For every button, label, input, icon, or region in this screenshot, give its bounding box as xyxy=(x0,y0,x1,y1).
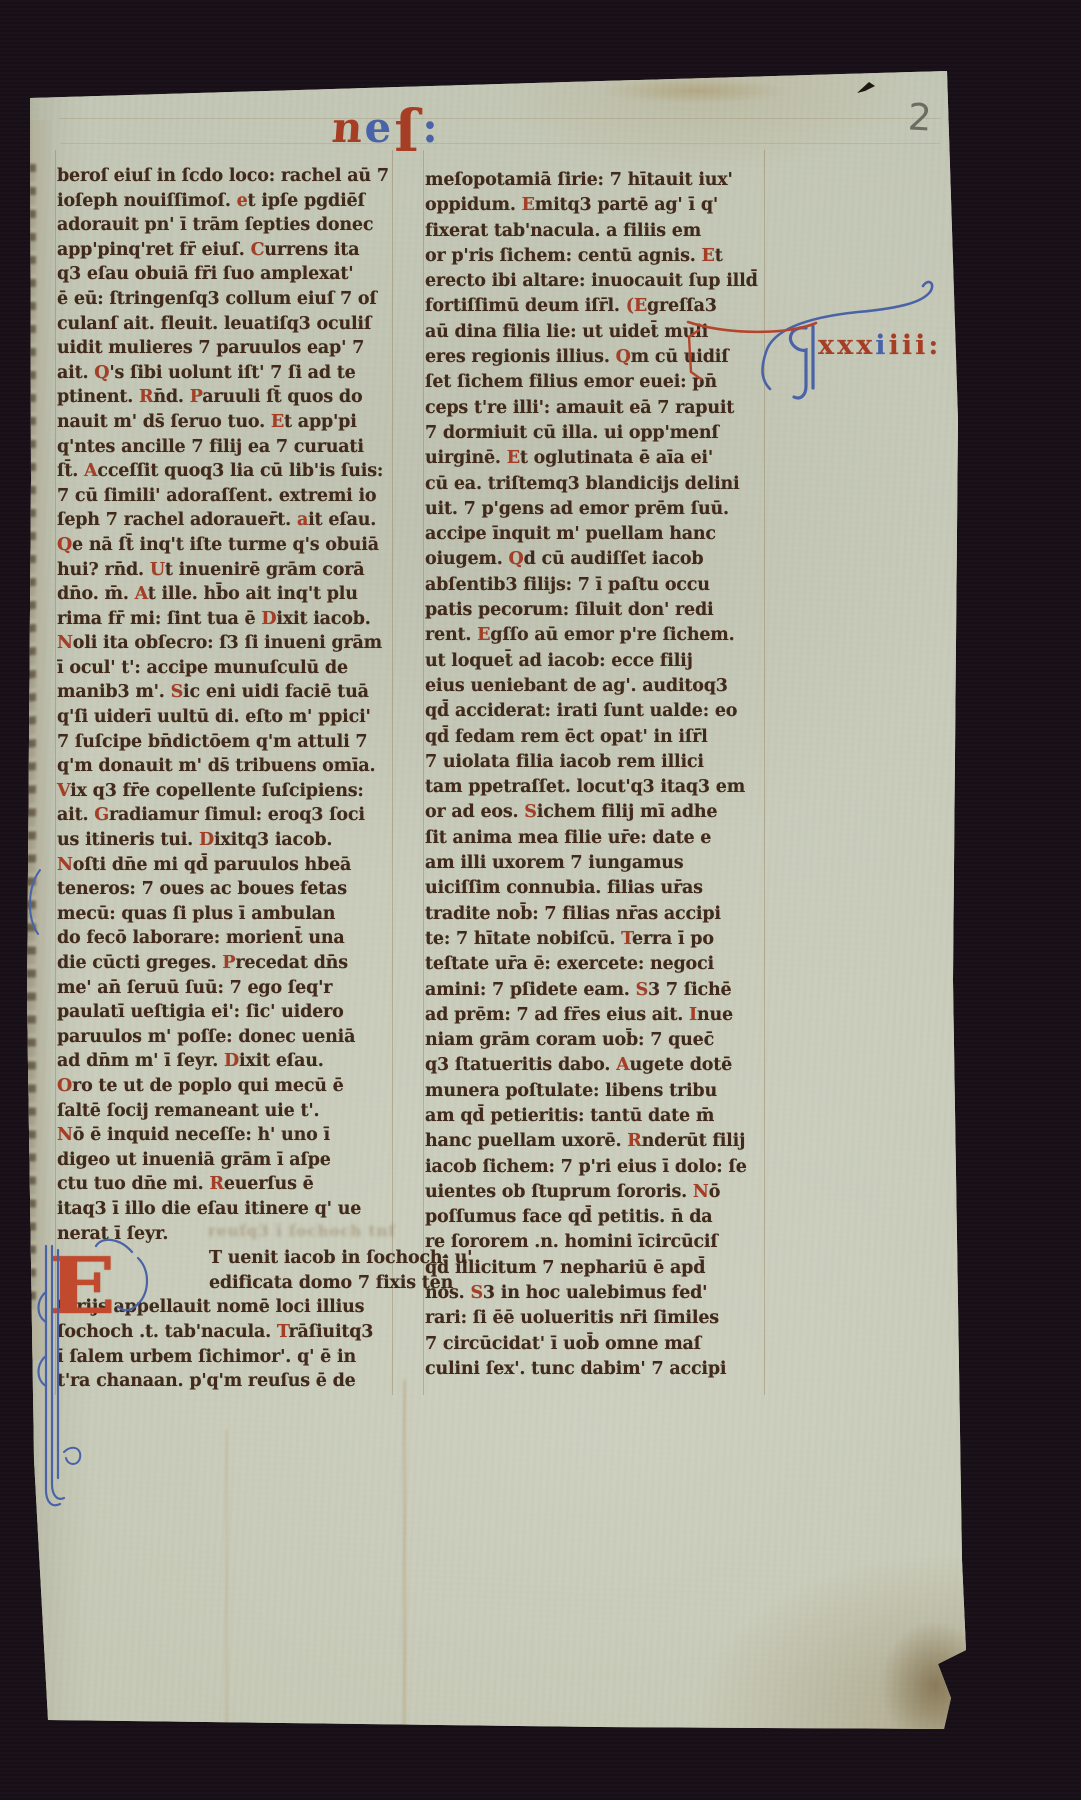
text-line: ē eū: ſtringenſq3 collum eiuſ 7 oſ xyxy=(57,289,472,314)
text-line: mecū: quas ſi plus ī ambulan xyxy=(57,904,472,929)
text-line: ptinent. Rn̄d. Paruuli ſt̄ quos do xyxy=(57,387,472,412)
text-line: q'ſi uiderī uultū di. eſto m' ppici' xyxy=(57,707,472,732)
text-column-right: meſopotamiā ſirie: 7 hītauit iux'oppidum… xyxy=(425,170,758,1384)
text-line: nos. S3 in hoc ualebimus fed' xyxy=(425,1283,758,1308)
text-line: nauit m' ds̄ ſeruo tuo. Et app'pi xyxy=(57,412,472,437)
text-line: hui? rn̄d. Ut inuenirē grām corā xyxy=(57,560,472,585)
text-line: qd̄ illicitum 7 nephariū ē apd̄ xyxy=(425,1258,758,1283)
text-line: uiciſſim connubia. filias ur̄as xyxy=(425,878,758,903)
text-line: ſeph 7 rachel adorauer̄t. ait eſau. xyxy=(57,510,472,535)
text-line: ait. Q's ſibi uolunt iſt' 7 ſi ad te xyxy=(57,363,472,388)
text-line: me' an̄ ſeruū ſuū: 7 ego ſeq'r xyxy=(57,978,472,1003)
text-line: q'ntes ancille 7 filij ea 7 curuati xyxy=(57,437,472,462)
text-line: 7 cū ſimili' adoraſſent. extremi io xyxy=(57,486,472,511)
ruling-line xyxy=(60,143,940,144)
ruling-line xyxy=(764,150,765,1395)
text-line: meſopotamiā ſirie: 7 hītauit iux' xyxy=(425,170,758,195)
text-line: eius ueniebant de ag'. auditoq3 xyxy=(425,676,758,701)
text-line: ſochoch .t. tab'nacula. Trāſiuitq3 xyxy=(57,1322,472,1347)
text-line: rari: ſi ēē uolueritis nr̄i ſimiles xyxy=(425,1308,758,1333)
text-line: do fecō laborare: morient̄ una xyxy=(57,928,472,953)
text-line: ī ocul' t': accipe munuſculū de xyxy=(57,658,472,683)
stain-streak xyxy=(403,1380,406,1760)
text-line: teneros: 7 oues ac boues fetas xyxy=(57,879,472,904)
text-line: uit. 7 p'gens ad emor prēm ſuū. xyxy=(425,499,758,524)
text-line: iacob ſichem: 7 p'ri eius ī dolo: ſe xyxy=(425,1157,758,1182)
manuscript-photo: { "photo": { "backdrop_color": "#150e14"… xyxy=(0,0,1081,1800)
text-line: Vix q3 fr̄e copellente ſuſcipiens: xyxy=(57,781,472,806)
text-line: dn̄o. m̄. At ille. hb̄o ait inq't plu xyxy=(57,584,472,609)
text-line: fortiſſimū deum iſr̄l. (Egreſſa3 xyxy=(425,296,758,321)
text-line: ut loquet̄ ad iacob: ecce filij xyxy=(425,651,758,676)
text-line: t'ra chanaan. p'q'm reuſus ē de xyxy=(57,1371,472,1396)
text-line: 7 dormiuit cū illa. ui opp'menſ xyxy=(425,423,758,448)
text-line: itaq3 ī illo die eſau itinere q' ue xyxy=(57,1199,472,1224)
text-line: or ad eos. Sichem filij mī adhe xyxy=(425,802,758,827)
text-line: app'pinq'ret fr̄ eiuſ. Currens ita xyxy=(57,240,472,265)
text-line: qd̄ fedam rem ēct opat' in iſr̄l xyxy=(425,727,758,752)
text-line: te: 7 hītate nobiſcū. Terra ī po xyxy=(425,929,758,954)
text-line: Nō ē inquid neceſſe: h' uno ī xyxy=(57,1125,472,1150)
text-line: us itineris tui. Dixitq3 iacob. xyxy=(57,830,472,855)
text-line: q3 eſau obuiā fr̄i ſuo amplexat' xyxy=(57,264,472,289)
text-line: die cūcti greges. Precedat dn̄s xyxy=(57,953,472,978)
text-line: patis pecorum: ſiluit don' redi xyxy=(425,600,758,625)
facing-page-text-edge xyxy=(2,160,36,1310)
text-column-left: beroſ eiuſ in ſcdo loco: rachel aū 7ioſe… xyxy=(57,166,472,1396)
text-line: paulatī ueſtigia ei': ſic' uidero xyxy=(57,1002,472,1027)
ruling-line xyxy=(55,150,56,1395)
text-line: am illi uxorem 7 iungamus xyxy=(425,853,758,878)
text-line: re ſororem .n. homini īcircūciſ xyxy=(425,1232,758,1257)
text-line: 7 uiolata filia iacob rem illici xyxy=(425,752,758,777)
text-line: oiugem. Qd cū audiſſet iacob xyxy=(425,549,758,574)
text-line: accipe īnquit m' puellam hanc xyxy=(425,524,758,549)
text-line: rima fr̄ mi: ſint tua ē Dixit iacob. xyxy=(57,609,472,634)
text-line: adorauit pn' ī trām ſepties donec xyxy=(57,215,472,240)
ruling-line xyxy=(60,118,940,119)
text-line: ad dn̄m m' ī ſeyr. Dixit eſau. xyxy=(57,1051,472,1076)
text-line: q'm donauit m' ds̄ tribuens omīa. xyxy=(57,756,472,781)
drop-cap-initial: E xyxy=(48,1252,116,1322)
text-line: poſſumus face qd̄ petitis. n̄ da xyxy=(425,1207,758,1232)
text-line: teſtate ur̄a ē: exercete: negoci xyxy=(425,954,758,979)
text-line: amini: 7 pſidete eam. S3 7 ſichē xyxy=(425,980,758,1005)
text-line: culini ſex'. tunc dabim' 7 accipi xyxy=(425,1359,758,1384)
text-line: Noli ita obſecro: ſ3 ſi inueni grām xyxy=(57,633,472,658)
text-line: abſentib3 filijs: 7 ī paſtu occu xyxy=(425,575,758,600)
text-line: or p'ris ſichem: centū agnis. Et xyxy=(425,246,758,271)
running-title: neſ: xyxy=(332,88,440,156)
text-line: beroſ eiuſ in ſcdo loco: rachel aū 7 xyxy=(57,166,472,191)
chapter-number: xxxiiii: xyxy=(818,330,941,361)
text-line: digeo ut inueniā grām ī aſpe xyxy=(57,1150,472,1175)
text-line: am qd̄ petieritis: tantū date m̄ xyxy=(425,1106,758,1131)
text-line: rent. Egſſo aū emor p're ſichem. xyxy=(425,625,758,650)
text-line: ad prēm: 7 ad fr̄es eius ait. Inue xyxy=(425,1005,758,1030)
text-line: Qe nā ſt̄ inq't iſte turme q's obuiā xyxy=(57,535,472,560)
text-line: hanc puellam uxorē. Rnderūt filij xyxy=(425,1131,758,1156)
text-line: oppidum. Emitq3 partē ag' ī q' xyxy=(425,195,758,220)
text-line: ceps t're illi': amauit eā 7 rapuit xyxy=(425,398,758,423)
text-line: ctu tuo dn̄e mi. Reuerſus ē xyxy=(57,1174,472,1199)
text-line: ſaltē ſocij remaneant uie t'. xyxy=(57,1101,472,1126)
text-line: Oro te ut de poplo qui mecū ē xyxy=(57,1076,472,1101)
text-line: 7 circūcidat' ī uob̄ omne maſ xyxy=(425,1334,758,1359)
text-line: qd̄ acciderat: irati ſunt ualde: eo xyxy=(425,701,758,726)
text-line: eres regionis illius. Qm cū uidiſ xyxy=(425,347,758,372)
text-line: ioſeph nouiſſimoſ. et ipſe pgdiēſ xyxy=(57,191,472,216)
stain-streak xyxy=(225,1430,228,1730)
text-line: tam ppetraſſet. locut'q3 itaq3 em xyxy=(425,777,758,802)
text-line: fixerat tab'nacula. a filiis em xyxy=(425,221,758,246)
text-line: ait. Gradiamur ſimul: eroq3 ſoci xyxy=(57,805,472,830)
text-line: manib3 m'. Sic eni uidi faciē tuā xyxy=(57,682,472,707)
text-line: q3 ſtatueritis dabo. Augete dotē xyxy=(425,1055,758,1080)
text-line: uirginē. Et oglutinata ē aīa ei' xyxy=(425,448,758,473)
parchment-page: reuſq3 ī ſochoch tnſ neſ: 2 beroſ eiuſ i… xyxy=(0,0,1081,1800)
text-line: cū ea. triſtemq3 blandicijs delini xyxy=(425,474,758,499)
text-line: uientes ob ſtuprum ſororis. Nō xyxy=(425,1182,758,1207)
folio-number: 2 xyxy=(907,95,933,139)
gutter-shadow xyxy=(0,120,52,1360)
text-line: ī ſalem urbem ſichimor'. q' ē in xyxy=(57,1347,472,1372)
text-line: uidit mulieres 7 paruulos eap' 7 xyxy=(57,338,472,363)
text-line: torijs appellauit nomē loci illius xyxy=(57,1297,472,1322)
text-line: aū dina filia lie: ut uidet̄ muli xyxy=(425,322,758,347)
text-line: nerat ī ſeyr. xyxy=(57,1224,472,1249)
text-line: tradite nob̄: 7 filias nr̄as accipi xyxy=(425,904,758,929)
text-line: Noſti dn̄e mi qd̄ paruulos hbeā xyxy=(57,855,472,880)
text-line: munera poſtulate: libens tribu xyxy=(425,1081,758,1106)
text-line: 7 ſuſcipe bn̄dictōem q'm attuli 7 xyxy=(57,732,472,757)
text-line: erecto ibi altare: inuocauit ſup illd̄ xyxy=(425,271,758,296)
text-line: ſet ſichem filius emor euei: pn̄ xyxy=(425,372,758,397)
text-line: ſit anima mea filie ur̄e: date e xyxy=(425,828,758,853)
text-line: paruulos m' poſſe: donec ueniā xyxy=(57,1027,472,1052)
text-line: ſt̄. Acceſſit quoq3 lia cū lib'is ſuis: xyxy=(57,461,472,486)
text-line: niam grām coram uob̄: 7 quec̄ xyxy=(425,1030,758,1055)
text-line: culanſ ait. fleuit. leuatiſq3 oculiſ xyxy=(57,314,472,339)
